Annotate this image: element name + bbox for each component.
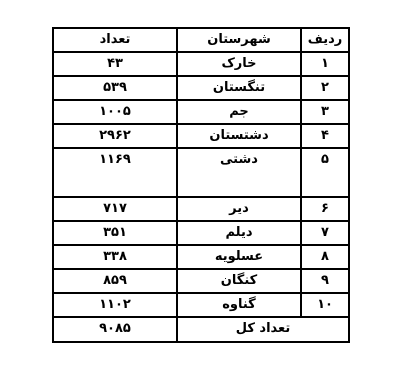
total-row: تعداد کل ۹۰۸۵ [53, 317, 349, 342]
rank-cell: ۵ [301, 148, 349, 197]
rank-cell: ۳ [301, 100, 349, 124]
rank-cell: ۸ [301, 245, 349, 269]
county-header-cell: شهرستان [177, 28, 301, 52]
table-row: ۴ دشتستان ۲۹۶۲ [53, 124, 349, 148]
county-cell: خارک [177, 52, 301, 76]
county-cell: دشتستان [177, 124, 301, 148]
rank-cell: ۱ [301, 52, 349, 76]
county-cell: کنگان [177, 269, 301, 293]
county-counts-table: ردیف شهرستان تعداد ۱ خارک ۴۳ ۲ تنگستان ۵… [52, 27, 350, 343]
table-row: ۳ جم ۱۰۰۵ [53, 100, 349, 124]
count-cell: ۱۰۰۵ [53, 100, 177, 124]
county-cell: جم [177, 100, 301, 124]
counts-table-container: ردیف شهرستان تعداد ۱ خارک ۴۳ ۲ تنگستان ۵… [52, 27, 350, 343]
count-cell: ۱۱۰۲ [53, 293, 177, 317]
rank-cell: ۶ [301, 197, 349, 221]
table-row: ۱۰ گناوه ۱۱۰۲ [53, 293, 349, 317]
table-row: ۸ عسلویه ۳۳۸ [53, 245, 349, 269]
count-cell: ۳۳۸ [53, 245, 177, 269]
rank-cell: ۲ [301, 76, 349, 100]
table-row: ۷ دیلم ۳۵۱ [53, 221, 349, 245]
county-cell: گناوه [177, 293, 301, 317]
county-cell: عسلویه [177, 245, 301, 269]
county-cell: دیر [177, 197, 301, 221]
table-row: ۵ دشتی ۱۱۶۹ [53, 148, 349, 197]
count-cell: ۴۳ [53, 52, 177, 76]
table-row: ۹ کنگان ۸۵۹ [53, 269, 349, 293]
rank-cell: ۴ [301, 124, 349, 148]
count-cell: ۲۹۶۲ [53, 124, 177, 148]
county-cell: دیلم [177, 221, 301, 245]
count-cell: ۳۵۱ [53, 221, 177, 245]
count-cell: ۸۵۹ [53, 269, 177, 293]
count-header-cell: تعداد [53, 28, 177, 52]
count-cell: ۷۱۷ [53, 197, 177, 221]
count-cell: ۱۱۶۹ [53, 148, 177, 197]
rank-cell: ۷ [301, 221, 349, 245]
rank-header-cell: ردیف [301, 28, 349, 52]
county-cell: تنگستان [177, 76, 301, 100]
county-cell: دشتی [177, 148, 301, 197]
count-cell: ۵۳۹ [53, 76, 177, 100]
table-row: ۲ تنگستان ۵۳۹ [53, 76, 349, 100]
rank-cell: ۱۰ [301, 293, 349, 317]
total-label-cell: تعداد کل [177, 317, 349, 342]
table-row: ۱ خارک ۴۳ [53, 52, 349, 76]
total-count-cell: ۹۰۸۵ [53, 317, 177, 342]
table-row: ۶ دیر ۷۱۷ [53, 197, 349, 221]
rank-cell: ۹ [301, 269, 349, 293]
header-row: ردیف شهرستان تعداد [53, 28, 349, 52]
